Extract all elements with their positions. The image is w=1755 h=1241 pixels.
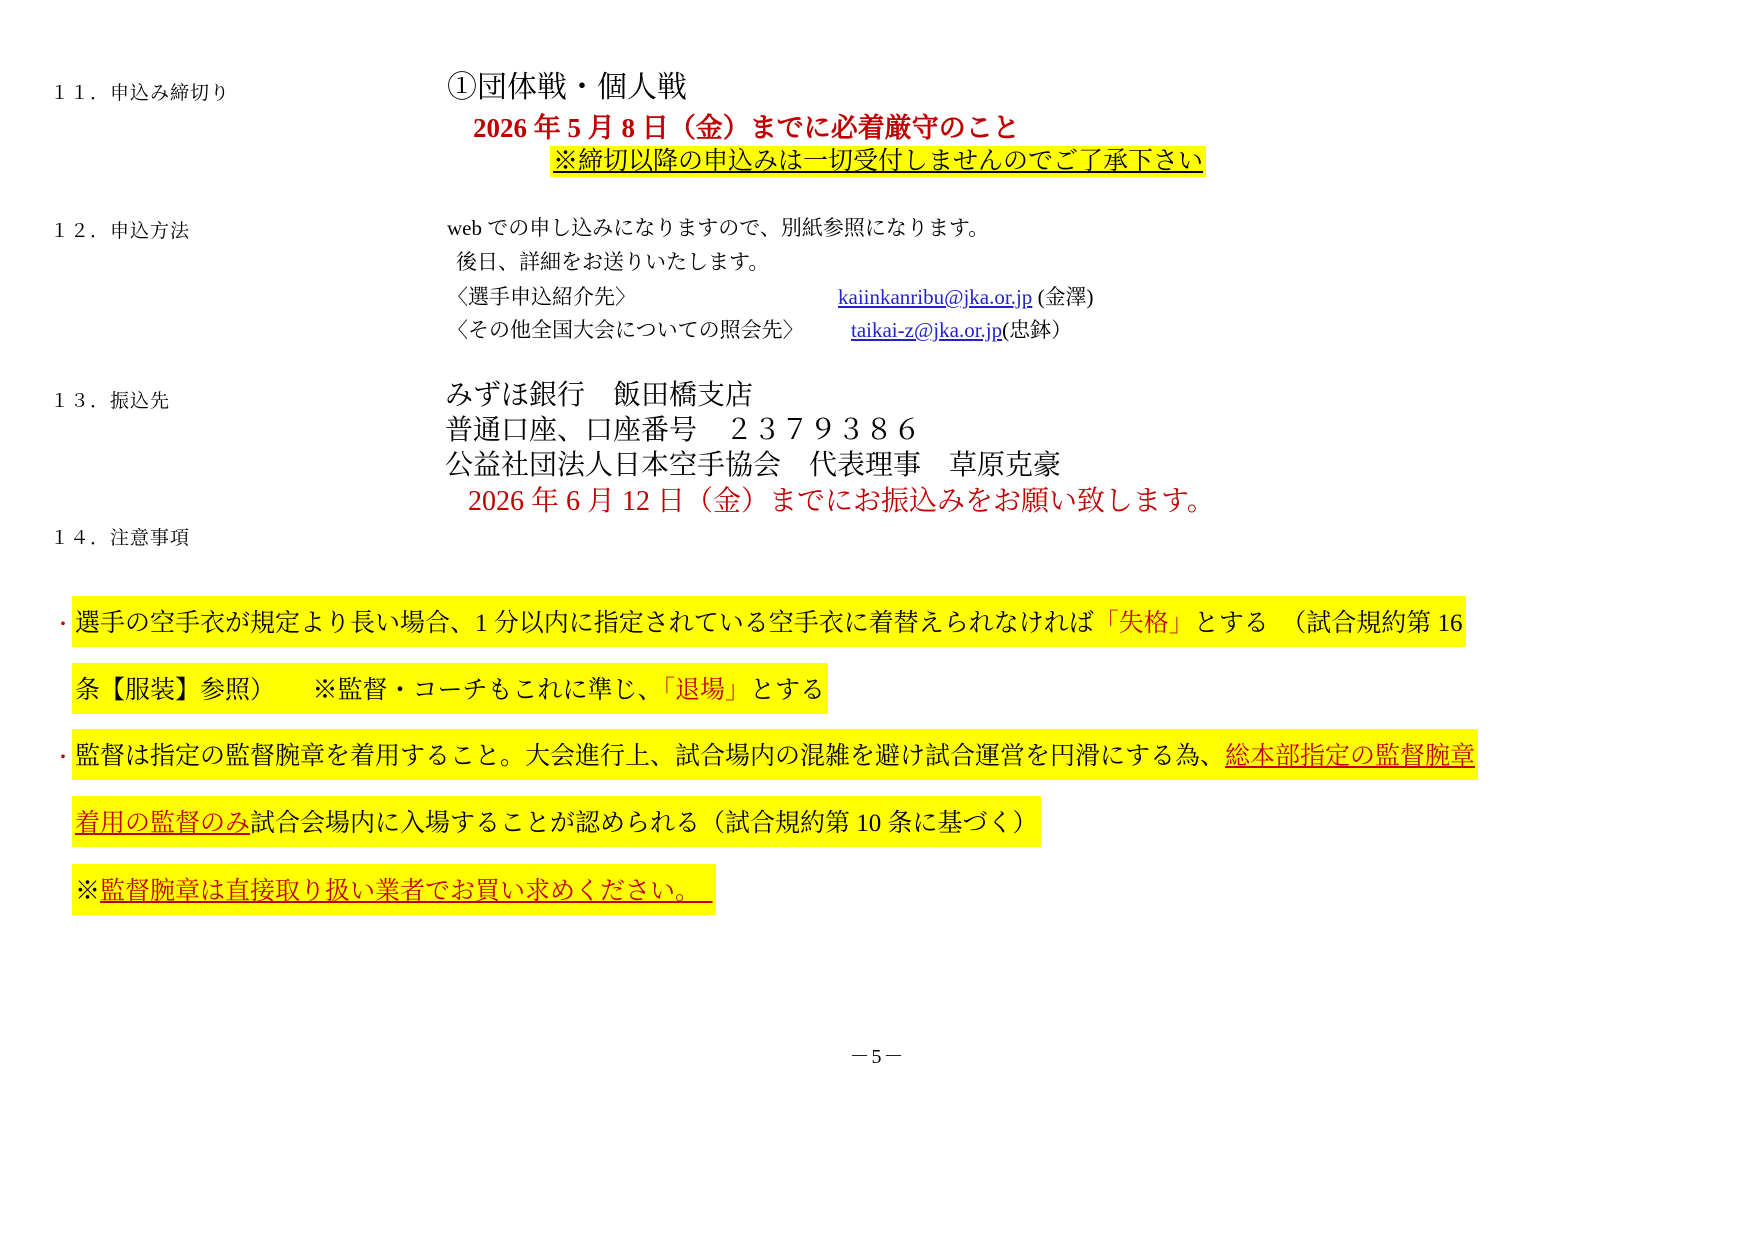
document-page: １１．申込み締切り ①団体戦・個人戦 2026 年 5 月 8 日（金）までに必… [0, 0, 1755, 1241]
email-link-kaiinkanribu[interactable]: kaiinkanribu@jka.or.jp [838, 285, 1032, 309]
contact2-person: (忠鉢） [1002, 318, 1072, 342]
section-11-note: ※締切以降の申込みは一切受付しませんのでご了承下さい [550, 146, 1206, 177]
notice2-line1-red: 総本部指定の監督腕章 [1225, 743, 1475, 770]
section-14-label: １４．注意事項 [50, 523, 190, 550]
account-holder: 公益社団法人日本空手協会 代表理事 草原克豪 [445, 443, 1061, 483]
section-12-line2: 後日、詳細をお送りいたします。 [456, 246, 769, 276]
contact1-row: kaiinkanribu@jka.or.jp (金澤) [838, 281, 1094, 311]
bullet-icon: ・ [53, 608, 73, 637]
notice2-line1-text: 監督は指定の監督腕章を着用すること。大会進行上、試合場内の混雑を避け試合運営を円… [75, 743, 1225, 770]
notice2-line1: 監督は指定の監督腕章を着用すること。大会進行上、試合場内の混雑を避け試合運営を円… [72, 729, 1478, 780]
notice1-line2-tail: とする [750, 677, 825, 704]
armband-note-red: 監督腕章は直接取り扱い業者でお買い求めください。 [100, 878, 713, 905]
contact2-label: 〈その他全国大会についての照会先〉 [447, 314, 804, 344]
section-12-line1: web での申し込みになりますので、別紙参照になります。 [447, 212, 989, 242]
notice1-line1-text: 選手の空手衣が規定より長い場合、1 分以内に指定されている空手衣に着替えられなけ… [75, 610, 1094, 637]
section-11-label: １１．申込み締切り [50, 78, 230, 105]
notice2-line2: 着用の監督のみ試合会場内に入場することが認められる（試合規約第 10 条に基づく… [72, 796, 1041, 847]
email-link-taikai-z[interactable]: taikai-z@jka.or.jp [851, 318, 1002, 342]
section-11-heading: ①団体戦・個人戦 [447, 62, 687, 106]
section-11-note-row: ※締切以降の申込みは一切受付しませんのでご了承下さい [550, 141, 1206, 177]
notice2-line2-text: 試合会場内に入場することが認められる（試合規約第 10 条に基づく） [250, 810, 1038, 837]
account-number: 普通口座、口座番号 ２３７９３８６ [445, 408, 921, 448]
notice2-line2-red: 着用の監督のみ [75, 810, 250, 837]
section-12-label: １２．申込方法 [50, 216, 190, 243]
contact2-row: taikai-z@jka.or.jp(忠鉢） [851, 314, 1072, 344]
notice1-line2-red: 「退場」 [663, 677, 751, 704]
contact1-label: 〈選手申込紹介先〉 [447, 281, 636, 311]
contact1-person: (金澤) [1032, 285, 1093, 309]
section-11-deadline: 2026 年 5 月 8 日（金）までに必着厳守のこと [473, 106, 1020, 145]
notice1-line2-text: 条【服装】参照） ※監督・コーチもこれに準じ、 [75, 677, 663, 704]
notice1-line1-tail: とする （試合規約第 16 [1194, 610, 1463, 637]
notice1-line2: 条【服装】参照） ※監督・コーチもこれに準じ、「退場」とする [72, 663, 828, 714]
notice1-line1: 選手の空手衣が規定より長い場合、1 分以内に指定されている空手衣に着替えられなけ… [72, 596, 1466, 647]
section-13-deadline: 2026 年 6 月 12 日（金）までにお振込みをお願い致します。 [468, 479, 1215, 519]
bullet-icon: ・ [53, 741, 73, 770]
section-13-label: １３．振込先 [50, 386, 170, 413]
armband-note: ※監督腕章は直接取り扱い業者でお買い求めください。 [72, 864, 716, 915]
bank-name: みずほ銀行 飯田橋支店 [445, 373, 753, 413]
page-number: －5－ [0, 1040, 1755, 1069]
notice1-line1-red: 「失格」 [1094, 610, 1194, 637]
armband-note-mark: ※ [75, 878, 100, 905]
